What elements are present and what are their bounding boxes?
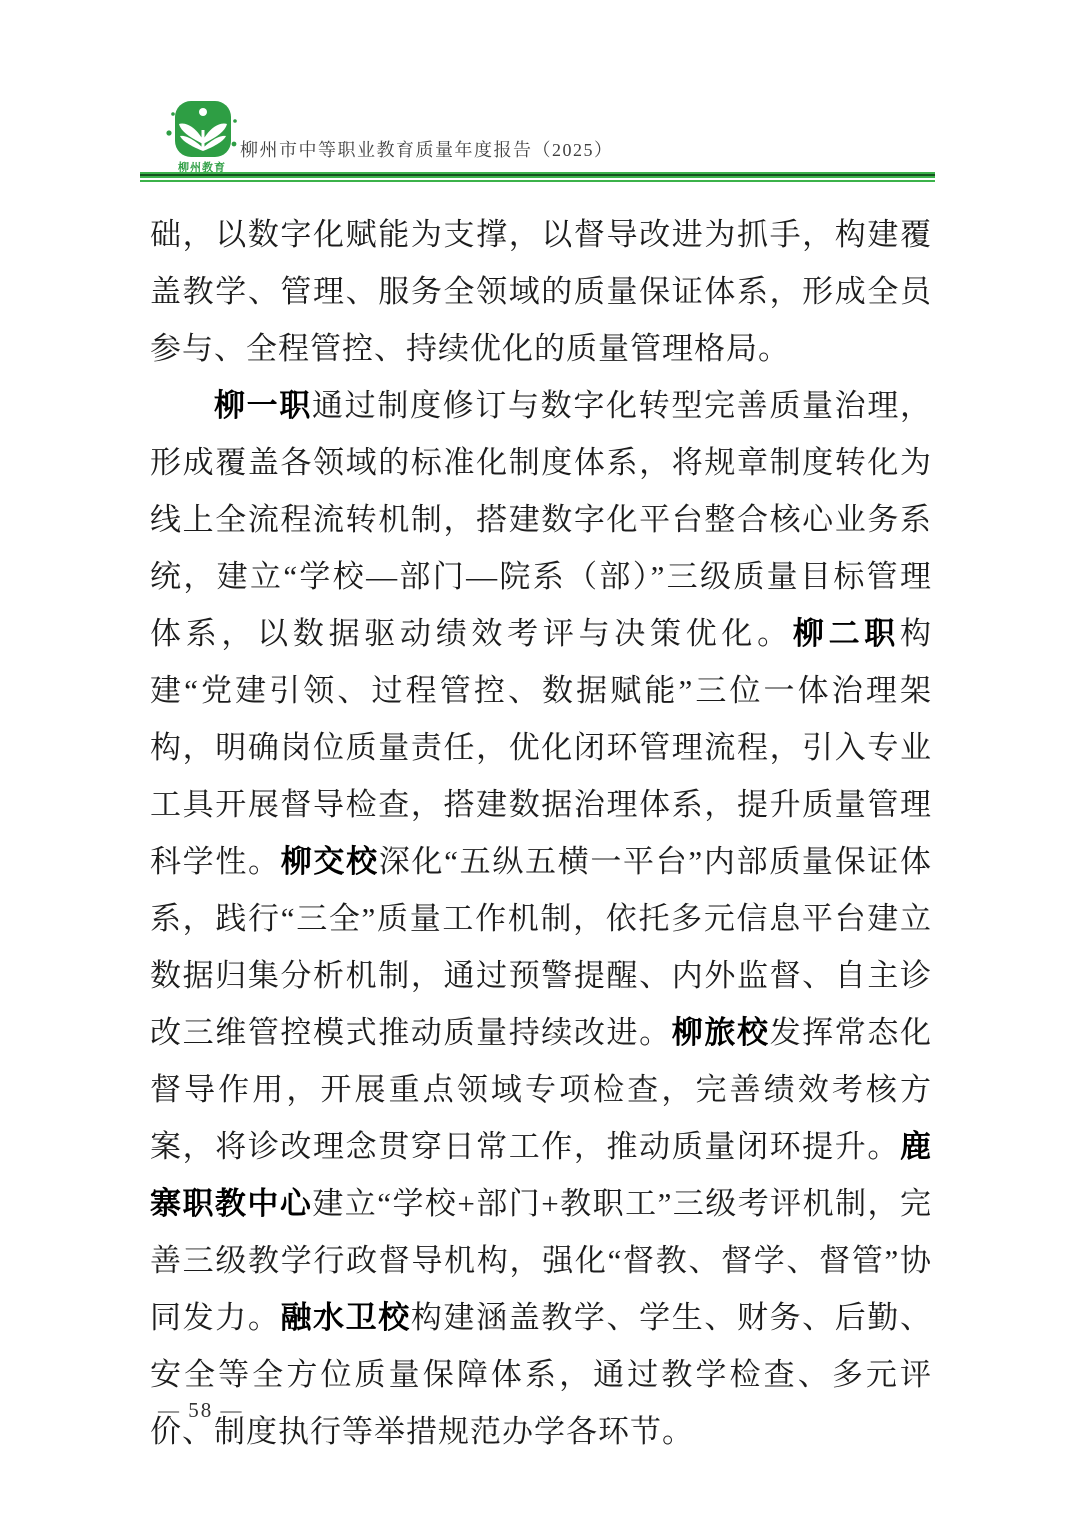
- logo: 柳州教育: [163, 100, 241, 175]
- body-text: 础，以数字化赋能为支撑，以督导改进为抓手，构建覆盖教学、管理、服务全领域的质量保…: [150, 206, 932, 1460]
- header-separator-rule: [140, 172, 935, 182]
- liuzhou-education-logo-icon: [165, 100, 239, 158]
- paragraph: 柳一职通过制度修订与数字化转型完善质量治理，形成覆盖各领域的标准化制度体系，将规…: [150, 377, 932, 1460]
- page-number: — 58 —: [158, 1398, 244, 1423]
- text-run: 通过制度修订与数字化转型完善质量治理，形成覆盖各领域的标准化制度体系，将规章制度…: [150, 388, 932, 651]
- paragraph: 础，以数字化赋能为支撑，以督导改进为抓手，构建覆盖教学、管理、服务全领域的质量保…: [150, 206, 932, 377]
- text-run: 础，以数字化赋能为支撑，以督导改进为抓手，构建覆盖教学、管理、服务全领域的质量保…: [150, 217, 932, 366]
- school-name: 柳旅校: [672, 1015, 770, 1050]
- school-name: 柳二职: [793, 616, 900, 651]
- text-run: 构建“党建引领、过程管控、数据赋能”三位一体治理架构，明确岗位质量责任，优化闭环…: [150, 616, 932, 879]
- school-name: 融水卫校: [280, 1300, 410, 1335]
- school-name: 柳一职: [214, 388, 312, 423]
- document-page: 柳州教育 柳州市中等职业教育质量年度报告（2025） 础，以数字化赋能为支撑，以…: [0, 0, 1074, 1520]
- school-name: 柳交校: [281, 844, 379, 879]
- report-title: 柳州市中等职业教育质量年度报告（2025）: [240, 136, 614, 162]
